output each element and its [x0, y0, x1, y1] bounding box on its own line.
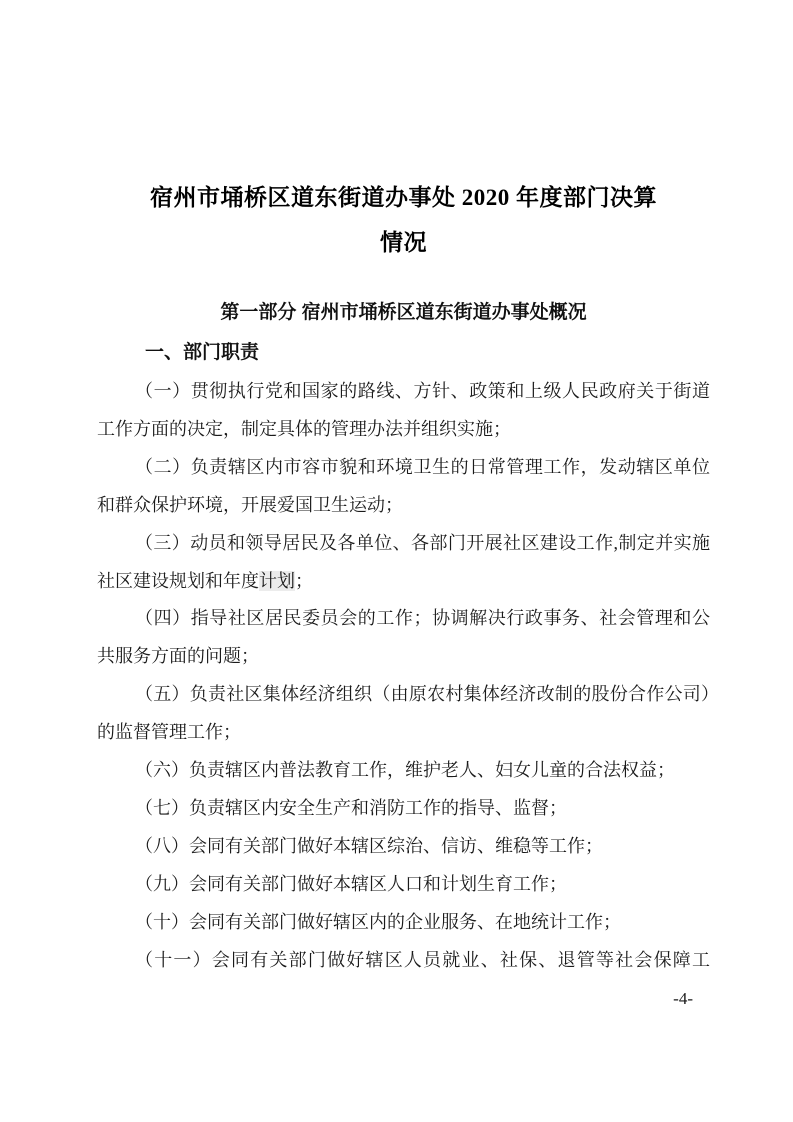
duty-paragraph-3: （三）动员和领导居民及各单位、各部门开展社区建设工作,制定并实施社区建设规划和年… — [97, 525, 710, 601]
paragraph-text: （三）动员和领导居民及各单位、各部门开展社区建设工作,制定并实施社区建设规划和年… — [97, 533, 710, 591]
section-heading-part1: 第一部分 宿州市埇桥区道东街道办事处概况 — [97, 293, 710, 333]
duty-paragraph-10: （十）会同有关部门做好辖区内的企业服务、在地统计工作； — [97, 904, 710, 942]
duty-paragraph-8: （八）会同有关部门做好本辖区综治、信访、维稳等工作； — [97, 828, 710, 866]
paragraph-text: （十）会同有关部门做好辖区内的企业服务、在地统计工作； — [135, 912, 621, 932]
subsection-heading-duties: 一、部门职责 — [97, 333, 710, 373]
paragraph-text: （十一）会同有关部门做好辖区人员就业、社保、退管等社会保障工 — [135, 950, 710, 970]
paragraph-text: （七）负责辖区内安全生产和消防工作的指导、监督； — [135, 798, 567, 818]
document-title-line2: 情况 — [97, 220, 710, 265]
duty-paragraph-5: （五）负责社区集体经济组织（由原农村集体经济改制的股份合作公司）的监督管理工作； — [97, 676, 710, 752]
highlighted-text: 计划 — [259, 571, 295, 591]
document-page: 宿州市埇桥区道东街道办事处 2020 年度部门决算 情况 第一部分 宿州市埇桥区… — [0, 0, 793, 1122]
duty-paragraph-11: （十一）会同有关部门做好辖区人员就业、社保、退管等社会保障工 — [97, 942, 710, 980]
document-title: 宿州市埇桥区道东街道办事处 2020 年度部门决算 情况 — [97, 175, 710, 265]
paragraph-text: （九）会同有关部门做好本辖区人口和计划生育工作； — [135, 874, 567, 894]
page-number: -4- — [673, 988, 693, 1010]
duty-paragraph-2: （二）负责辖区内市容市貌和环境卫生的日常管理工作，发动辖区单位和群众保护环境，开… — [97, 449, 710, 525]
paragraph-text: ； — [295, 571, 313, 591]
duties-list: （一）贯彻执行党和国家的路线、方针、政策和上级人民政府关于街道工作方面的决定，制… — [97, 373, 710, 980]
duty-paragraph-9: （九）会同有关部门做好本辖区人口和计划生育工作； — [97, 866, 710, 904]
paragraph-text: （八）会同有关部门做好本辖区综治、信访、维稳等工作； — [135, 836, 603, 856]
document-content: 宿州市埇桥区道东街道办事处 2020 年度部门决算 情况 第一部分 宿州市埇桥区… — [0, 175, 793, 980]
paragraph-text: （六）负责辖区内普法教育工作，维护老人、妇女儿童的合法权益； — [135, 760, 675, 780]
paragraph-text: （二）负责辖区内市容市貌和环境卫生的日常管理工作，发动辖区单位和群众保护环境，开… — [97, 457, 710, 515]
paragraph-text: （五）负责社区集体经济组织（由原农村集体经济改制的股份合作公司）的监督管理工作； — [97, 684, 710, 742]
duty-paragraph-6: （六）负责辖区内普法教育工作，维护老人、妇女儿童的合法权益； — [97, 752, 710, 790]
paragraph-text: （一）贯彻执行党和国家的路线、方针、政策和上级人民政府关于街道工作方面的决定，制… — [97, 381, 710, 439]
duty-paragraph-1: （一）贯彻执行党和国家的路线、方针、政策和上级人民政府关于街道工作方面的决定，制… — [97, 373, 710, 449]
duty-paragraph-4: （四）指导社区居民委员会的工作；协调解决行政事务、社会管理和公共服务方面的问题； — [97, 600, 710, 676]
duty-paragraph-7: （七）负责辖区内安全生产和消防工作的指导、监督； — [97, 790, 710, 828]
document-title-line1: 宿州市埇桥区道东街道办事处 2020 年度部门决算 — [97, 175, 710, 220]
paragraph-text: （四）指导社区居民委员会的工作；协调解决行政事务、社会管理和公共服务方面的问题； — [97, 608, 710, 666]
